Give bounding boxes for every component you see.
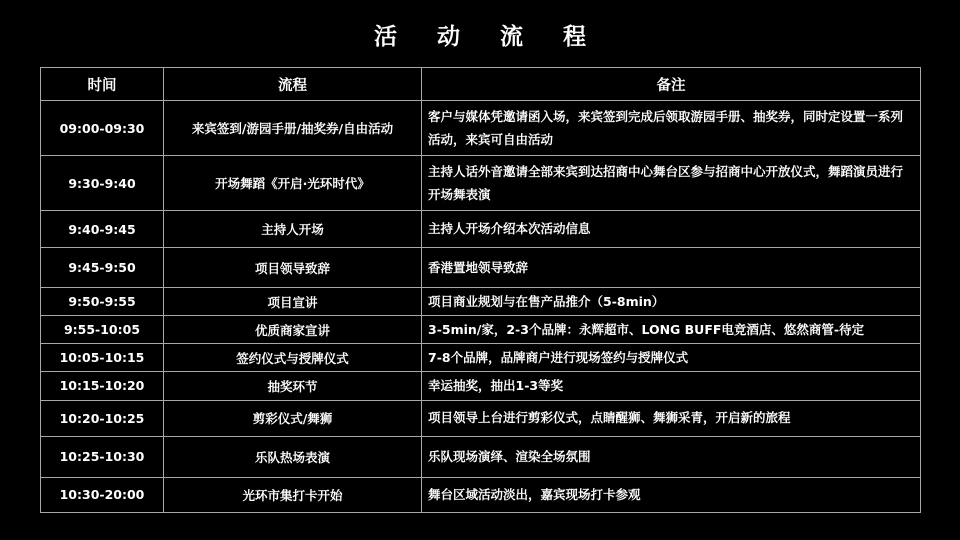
- page-title: 活 动 流 程: [0, 18, 960, 51]
- time-cell: 10:05-10:15: [41, 344, 164, 372]
- process-cell: 开场舞蹈《开启·光环时代》: [164, 156, 422, 211]
- process-cell: 签约仪式与授牌仪式: [164, 344, 422, 372]
- process-cell: 项目领导致辞: [164, 248, 422, 288]
- table-row: 10:20-10:25剪彩仪式/舞狮项目领导上台进行剪彩仪式，点睛醒狮、舞狮采青…: [41, 400, 921, 436]
- process-cell: 乐队热场表演: [164, 436, 422, 477]
- time-cell: 9:45-9:50: [41, 248, 164, 288]
- note-cell: 舞台区域活动淡出，嘉宾现场打卡参观: [422, 477, 921, 512]
- time-cell: 9:50-9:55: [41, 288, 164, 316]
- table-row: 10:15-10:20抽奖环节幸运抽奖，抽出1-3等奖: [41, 372, 921, 400]
- note-cell: 主持人开场介绍本次活动信息: [422, 211, 921, 248]
- note-cell: 3-5min/家，2-3个品牌：永辉超市、LONG BUFF电竞酒店、悠然商管-…: [422, 316, 921, 344]
- table-row: 10:25-10:30乐队热场表演乐队现场演绎、渲染全场氛围: [41, 436, 921, 477]
- note-cell: 主持人话外音邀请全部来宾到达招商中心舞台区参与招商中心开放仪式，舞蹈演员进行开场…: [422, 156, 921, 211]
- time-cell: 10:25-10:30: [41, 436, 164, 477]
- note-cell: 乐队现场演绎、渲染全场氛围: [422, 436, 921, 477]
- table-row: 9:30-9:40开场舞蹈《开启·光环时代》主持人话外音邀请全部来宾到达招商中心…: [41, 156, 921, 211]
- process-cell: 抽奖环节: [164, 372, 422, 400]
- process-cell: 来宾签到/游园手册/抽奖券/自由活动: [164, 101, 422, 156]
- process-cell: 优质商家宣讲: [164, 316, 422, 344]
- table-row: 9:40-9:45主持人开场主持人开场介绍本次活动信息: [41, 211, 921, 248]
- note-cell: 7-8个品牌，品牌商户进行现场签约与授牌仪式: [422, 344, 921, 372]
- time-cell: 9:30-9:40: [41, 156, 164, 211]
- process-cell: 主持人开场: [164, 211, 422, 248]
- time-cell: 10:30-20:00: [41, 477, 164, 512]
- table-row: 9:55-10:05优质商家宣讲3-5min/家，2-3个品牌：永辉超市、LON…: [41, 316, 921, 344]
- event-schedule-table: 时间 流程 备注 09:00-09:30来宾签到/游园手册/抽奖券/自由活动客户…: [40, 67, 921, 513]
- table-header-row: 时间 流程 备注: [41, 68, 921, 101]
- table-row: 09:00-09:30来宾签到/游园手册/抽奖券/自由活动客户与媒体凭邀请函入场…: [41, 101, 921, 156]
- time-cell: 09:00-09:30: [41, 101, 164, 156]
- process-cell: 项目宣讲: [164, 288, 422, 316]
- table-row: 10:30-20:00光环市集打卡开始舞台区域活动淡出，嘉宾现场打卡参观: [41, 477, 921, 512]
- time-cell: 10:15-10:20: [41, 372, 164, 400]
- column-header-process: 流程: [164, 68, 422, 101]
- time-cell: 9:55-10:05: [41, 316, 164, 344]
- slide-page: 活 动 流 程 时间 流程 备注 09:00-09:30来宾签到/游园手册/抽奖…: [0, 0, 960, 540]
- time-cell: 9:40-9:45: [41, 211, 164, 248]
- process-cell: 剪彩仪式/舞狮: [164, 400, 422, 436]
- column-header-notes: 备注: [422, 68, 921, 101]
- note-cell: 客户与媒体凭邀请函入场，来宾签到完成后领取游园手册、抽奖券，同时定设置一系列活动…: [422, 101, 921, 156]
- table-row: 10:05-10:15签约仪式与授牌仪式7-8个品牌，品牌商户进行现场签约与授牌…: [41, 344, 921, 372]
- note-cell: 项目商业规划与在售产品推介（5-8min）: [422, 288, 921, 316]
- table-row: 9:50-9:55项目宣讲项目商业规划与在售产品推介（5-8min）: [41, 288, 921, 316]
- note-cell: 香港置地领导致辞: [422, 248, 921, 288]
- note-cell: 幸运抽奖，抽出1-3等奖: [422, 372, 921, 400]
- column-header-time: 时间: [41, 68, 164, 101]
- process-cell: 光环市集打卡开始: [164, 477, 422, 512]
- table-row: 9:45-9:50项目领导致辞香港置地领导致辞: [41, 248, 921, 288]
- time-cell: 10:20-10:25: [41, 400, 164, 436]
- note-cell: 项目领导上台进行剪彩仪式，点睛醒狮、舞狮采青，开启新的旅程: [422, 400, 921, 436]
